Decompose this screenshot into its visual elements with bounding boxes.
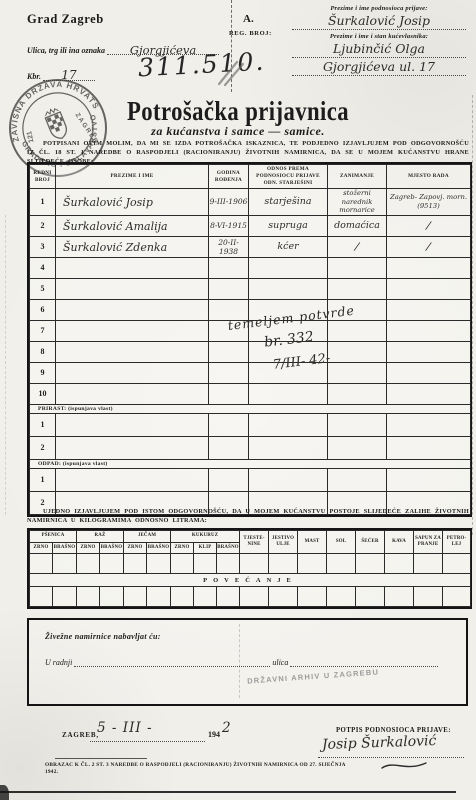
- city-title: Grad Zagreb: [27, 12, 104, 27]
- prirast-row: 1: [30, 413, 471, 436]
- supply-cell: [240, 554, 269, 574]
- workplace-value: Zagreb- Zapovj. morn. (9513): [387, 193, 470, 210]
- born-cell: [209, 278, 249, 299]
- header-godina-rodjenja: GODINA ROĐENJA: [209, 165, 249, 189]
- street-label-small: ulica: [272, 658, 288, 667]
- occupation-cell: stožerni narednik mornarice: [328, 189, 387, 215]
- row-number: 4: [30, 257, 56, 278]
- supply-cell: [414, 587, 443, 607]
- houseowner-address-line: Gjorgjićeva ul. 17: [292, 58, 466, 76]
- supply-cell: [298, 554, 327, 574]
- supply-cell: [147, 587, 171, 607]
- born-cell: [209, 468, 249, 491]
- prirast-label-row: PRIRAST: (ispunjava vlast): [30, 404, 471, 413]
- applicant-value-handwritten: Šurkalović Josip: [328, 13, 430, 28]
- prirast-label: PRIRAST: (ispunjava vlast): [30, 404, 471, 413]
- scan-bottom-line: [0, 791, 456, 793]
- row-number: 9: [30, 362, 56, 383]
- occupation-cell: [328, 468, 387, 491]
- header-jestivo-ulje: JESTIVO ULJE: [269, 531, 298, 554]
- odpad-label: ODPAD: (ispunjava vlast): [30, 459, 471, 468]
- footer-date-handwritten: 5 - III -: [97, 720, 153, 736]
- person-name-cell: [56, 320, 209, 341]
- relation-cell: supruga: [249, 215, 328, 236]
- header-brasno: BRAŠNO: [100, 543, 124, 554]
- supply-cell: [194, 554, 217, 574]
- supply-cell: [414, 554, 443, 574]
- row-number: 5: [30, 278, 56, 299]
- workplace-cell: [387, 413, 471, 436]
- person-name-cell: Šurkalović Zdenka: [56, 236, 209, 257]
- supplies-table-container: PŠENICA RAŽ JEČAM KUKURUZ TJESTE-NINE JE…: [27, 528, 472, 609]
- supply-cell: [53, 554, 77, 574]
- supply-cell: [194, 587, 217, 607]
- supplies-data-row: [30, 587, 471, 607]
- shop-fill-line: [74, 656, 270, 667]
- header-mjesto-rada: MJESTO RADA: [387, 165, 471, 189]
- header-zrno: ZRNO: [77, 543, 100, 554]
- odpad-label-row: ODPAD: (ispunjava vlast): [30, 459, 471, 468]
- table-row: 3 Šurkalović Zdenka 20-II-1938 kćer / /: [30, 236, 471, 257]
- header-raz: RAŽ: [77, 531, 124, 543]
- povecanje-label: POVEĆANJE: [30, 574, 471, 587]
- signature-handwritten: Josip Šurkalović: [322, 733, 437, 753]
- footer-place-label: ZAGREB,: [62, 731, 99, 739]
- person-name: Šurkalović Josip: [63, 196, 153, 209]
- supply-cell: [327, 554, 356, 574]
- row-number: 2: [30, 436, 56, 459]
- supply-cell: [171, 554, 194, 574]
- relation-cell: [249, 436, 328, 459]
- born-cell: [209, 383, 249, 404]
- header-kava: KAVA: [385, 531, 414, 554]
- workplace-value: /: [387, 215, 471, 236]
- relation-cell: starješina: [249, 189, 328, 215]
- header-zrno: ZRNO: [124, 543, 147, 554]
- supply-cell: [77, 587, 100, 607]
- supplies-table: PŠENICA RAŽ JEČAM KUKURUZ TJESTE-NINE JE…: [29, 530, 471, 607]
- occupation-value: /: [328, 236, 387, 257]
- applicant-info-box: Prezime i ime podnosioca prijave: Šurkal…: [288, 2, 470, 76]
- right-edge-perforation: [472, 95, 473, 535]
- shop-label: U radnji: [45, 658, 72, 667]
- houseowner-value-handwritten: Ljubinčić Olga: [333, 41, 425, 56]
- occupation-cell: /: [328, 236, 387, 257]
- applicant-label: Prezime i ime podnosioca prijave:: [288, 5, 470, 12]
- header-zrno: ZRNO: [171, 543, 194, 554]
- persons-header-row: REDNI BROJ PREZIME I IME GODINA ROĐENJA …: [30, 165, 471, 189]
- header-kukuruz: KUKURUZ: [171, 531, 240, 543]
- person-name-cell: [56, 257, 209, 278]
- header-mast: MAST: [298, 531, 327, 554]
- applicant-value-line: Šurkalović Josip: [292, 12, 466, 30]
- supply-cell: [298, 587, 327, 607]
- born-cell: [209, 257, 249, 278]
- houseowner-value-line: Ljubinčić Olga: [292, 40, 466, 58]
- person-name-cell: [56, 383, 209, 404]
- left-edge-perforation: [5, 215, 6, 515]
- workplace-cell: [387, 383, 471, 404]
- workplace-cell: [387, 362, 471, 383]
- header-tjestenine: TJESTE-NINE: [240, 531, 269, 554]
- odpad-row: 1: [30, 468, 471, 491]
- supply-cell: [356, 587, 385, 607]
- supply-cell: [147, 554, 171, 574]
- relation-value: starješina: [249, 196, 327, 207]
- supply-cell: [124, 554, 147, 574]
- form-title: Potrošačka prijavnica: [95, 96, 381, 127]
- section-letter: A.: [243, 13, 254, 25]
- supply-cell: [356, 554, 385, 574]
- supply-cell: [443, 554, 471, 574]
- header-brasno: BRAŠNO: [147, 543, 171, 554]
- workplace-cell: [387, 436, 471, 459]
- table-row: 2 Šurkalović Amalija 8-VI-1915 supruga d…: [30, 215, 471, 236]
- row-number: 7: [30, 320, 56, 341]
- workplace-cell: [387, 468, 471, 491]
- header-psenica: PŠENICA: [30, 531, 77, 543]
- relation-cell: [249, 413, 328, 436]
- relation-cell: kćer: [249, 236, 328, 257]
- table-row: 1 Šurkalović Josip 9-III-1906 starješina…: [30, 189, 471, 215]
- person-name-cell: [56, 436, 209, 459]
- supply-cell: [217, 554, 240, 574]
- born-cell: 20-II-1938: [209, 236, 249, 257]
- workplace-cell: Zagreb- Zapovj. morn. (9513): [387, 189, 471, 215]
- person-name-cell: [56, 362, 209, 383]
- person-name-cell: [56, 278, 209, 299]
- relation-cell: [249, 257, 328, 278]
- street-label: Ulica, trg ili ina oznaka: [27, 46, 105, 55]
- born-cell: 8-VI-1915: [209, 215, 249, 236]
- row-number: 2: [30, 215, 56, 236]
- row-number: 6: [30, 299, 56, 320]
- header-zrno: ZRNO: [30, 543, 53, 554]
- header-brasno: BRAŠNO: [217, 543, 240, 554]
- born-value: 20-II-1938: [209, 238, 248, 256]
- header-secer: ŠEĆER: [356, 531, 385, 554]
- person-name: Šurkalović Zdenka: [63, 241, 167, 254]
- signature-flourish: [380, 758, 430, 772]
- person-name-cell: Šurkalović Amalija: [56, 215, 209, 236]
- form-subtitle: za kućanstva i samce — samice.: [68, 124, 408, 139]
- header-jecam: JEČAM: [124, 531, 171, 543]
- row-number: 1: [30, 189, 56, 215]
- relation-cell: [249, 383, 328, 404]
- pencil-scribble-mark: [215, 58, 253, 88]
- supply-cell: [269, 587, 298, 607]
- procurement-heading: Živežne namirnice nabavljat ću:: [45, 632, 161, 641]
- occupation-value: domaćica: [328, 220, 386, 231]
- table-row: 10: [30, 383, 471, 404]
- supply-cell: [124, 587, 147, 607]
- header-prezime-ime: PREZIME I IME: [56, 165, 209, 189]
- occupation-cell: [328, 383, 387, 404]
- person-name-cell: [56, 299, 209, 320]
- person-name: Šurkalović Amalija: [63, 220, 168, 233]
- supply-cell: [30, 554, 53, 574]
- born-value: 9-III-1906: [209, 197, 248, 206]
- scanned-form-page: Grad Zagreb Ulica, trg ili ina oznaka Gj…: [0, 0, 476, 800]
- houseowner-address-handwritten: Gjorgjićeva ul. 17: [323, 59, 435, 74]
- occupation-cell: [328, 257, 387, 278]
- supply-cell: [217, 587, 240, 607]
- header-sol: SOL: [327, 531, 356, 554]
- row-number: 8: [30, 341, 56, 362]
- supply-cell: [269, 554, 298, 574]
- supply-cell: [77, 554, 100, 574]
- person-name-cell: [56, 468, 209, 491]
- street-fill-line: [290, 656, 438, 667]
- person-name-cell: Šurkalović Josip: [56, 189, 209, 215]
- workplace-cell: /: [387, 215, 471, 236]
- header-odnos: ODNOS PREMA PODNOSIOCU PRIJAVE ODN. STAR…: [249, 165, 328, 189]
- row-number: 10: [30, 383, 56, 404]
- relation-value: supruga: [249, 220, 327, 231]
- reg-broj-label: REG. BROJ:: [229, 30, 272, 37]
- supply-cell: [443, 587, 471, 607]
- relation-cell: [249, 278, 328, 299]
- relation-cell: [249, 468, 328, 491]
- person-name-cell: [56, 413, 209, 436]
- header-sapun: SAPUN ZA PRANJE: [414, 531, 443, 554]
- supplies-declaration-paragraph: UJEDNO IZJAVLJUJEM POD ISTOM ODGOVORNOŠĆ…: [27, 507, 469, 526]
- workplace-value: /: [387, 236, 471, 257]
- supply-cell: [385, 587, 414, 607]
- occupation-value: stožerni narednik mornarice: [328, 189, 386, 214]
- houseowner-label: Prezime i ime i stan kućevlasnika:: [288, 33, 470, 40]
- procurement-fill-row: U radnji ulica: [45, 656, 438, 667]
- procurement-box: Živežne namirnice nabavljat ću: U radnji…: [27, 618, 468, 706]
- supply-cell: [30, 587, 53, 607]
- footer-year-printed: 194: [208, 730, 220, 739]
- supply-cell: [385, 554, 414, 574]
- footer-year-handwritten: 2: [222, 720, 231, 736]
- born-cell: 9-III-1906: [209, 189, 249, 215]
- archive-stamp-text: DRŽAVNI ARHIV U ZAGREBU: [247, 667, 379, 685]
- footer-date-line: [90, 741, 205, 742]
- povecanje-band-row: POVEĆANJE: [30, 574, 471, 587]
- occupation-cell: domaćica: [328, 215, 387, 236]
- supply-cell: [171, 587, 194, 607]
- supplies-group-header-row: PŠENICA RAŽ JEČAM KUKURUZ TJESTE-NINE JE…: [30, 531, 471, 543]
- row-number: 3: [30, 236, 56, 257]
- header-klip: KLIP: [194, 543, 217, 554]
- relation-value: kćer: [249, 241, 327, 252]
- row-number: 1: [30, 468, 56, 491]
- form-reference-note: OBRAZAC K ČL. 2 ST. 3 NAREDBE O RASPODJE…: [45, 762, 355, 777]
- table-row: 4: [30, 257, 471, 278]
- supplies-data-row: [30, 554, 471, 574]
- born-value: 8-VI-1915: [209, 221, 248, 230]
- occupation-cell: [328, 413, 387, 436]
- stamp-coat-of-arms: [43, 106, 69, 141]
- born-cell: [209, 436, 249, 459]
- supply-cell: [100, 587, 124, 607]
- header-brasno: BRAŠNO: [53, 543, 77, 554]
- workplace-cell: /: [387, 236, 471, 257]
- footer-note-rule: [55, 758, 147, 759]
- born-cell: [209, 413, 249, 436]
- row-number: 1: [30, 413, 56, 436]
- prirast-row: 2: [30, 436, 471, 459]
- supply-cell: [53, 587, 77, 607]
- occupation-cell: [328, 436, 387, 459]
- workplace-cell: [387, 257, 471, 278]
- header-zanimanje: ZANIMANJE: [328, 165, 387, 189]
- person-name-cell: [56, 341, 209, 362]
- supply-cell: [240, 587, 269, 607]
- supply-cell: [327, 587, 356, 607]
- supply-cell: [100, 554, 124, 574]
- header-redni-broj: REDNI BROJ: [30, 165, 56, 189]
- header-petrolej: PETRO-LEJ: [443, 531, 471, 554]
